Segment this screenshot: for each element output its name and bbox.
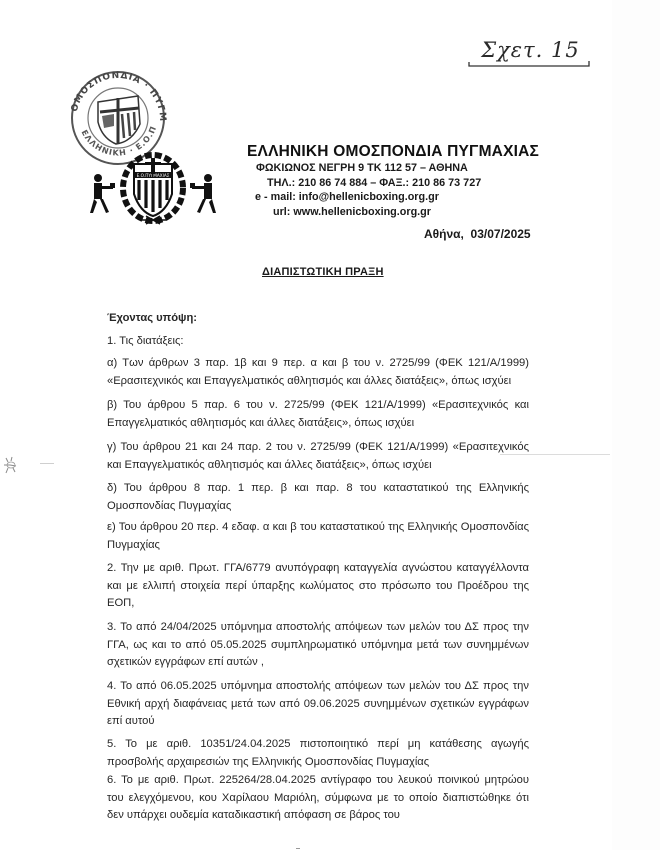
document-title: ΔΙΑΠΙΣΤΩΤΙΚΗ ΠΡΑΞΗ — [262, 266, 384, 278]
scan-margin — [612, 0, 660, 850]
scan-noise — [296, 848, 300, 849]
organization-name: ΕΛΛΗΝΙΚΗ ΟΜΟΣΠΟΝΔΙΑ ΠΥΓΜΑΧΙΑΣ — [247, 143, 547, 161]
document-date: Αθήνα, 03/07/2025 — [424, 227, 531, 241]
item-6: 6. Το με αριθ. Πρωτ. 225264/28.04.2025 α… — [107, 772, 529, 825]
intro-heading: Έχοντας υπόψη: — [107, 310, 526, 327]
provision-b: β) Του άρθρου 5 παρ. 6 του ν. 2725/99 (Φ… — [107, 397, 529, 432]
item-1-heading: 1. Τις διατάξεις: — [107, 333, 526, 350]
letterhead: ΕΛΛΗΝΙΚΗ ΟΜΟΣΠΟΝΔΙΑ ΠΥΓΜΑΧΙΑΣ ΦΩΚΙΩΝΟΣ Ν… — [247, 143, 547, 219]
item-5: 5. Το με αριθ. 10351/24.04.2025 πιστοποι… — [107, 736, 529, 771]
federation-emblem-icon: Ε.Ο.ΠΥΓΜΑΧΙΑΣ — [88, 150, 218, 226]
document-page: Σχετ. 15 ΟΜΟΣΠΟΝΔΙΑ · ΠΥΓΜΑΧΙΑΣ ΕΛΛΗΝΙΚΗ… — [0, 0, 613, 850]
organization-url: url: www.hellenicboxing.org.gr — [273, 205, 547, 220]
scan-artifact-icon — [2, 454, 20, 476]
organization-phone-fax: ΤΗΛ.: 210 86 74 884 – ΦΑΞ.: 210 86 73 72… — [267, 176, 547, 191]
item-2: 2. Την με αριθ. Πρωτ. ΓΓΑ/6779 ανυπόγραφ… — [107, 560, 529, 613]
handwritten-annotation: Σχετ. 15 — [463, 40, 598, 72]
scan-noise — [40, 463, 54, 464]
organization-email: e - mail: info@hellenicboxing.org.gr — [255, 190, 547, 205]
provision-c: γ) Του άρθρου 21 και 24 παρ. 2 του ν. 27… — [107, 439, 529, 474]
item-4: 4. Το από 06.05.2025 υπόμνημα αποστολής … — [107, 678, 529, 731]
annotation-text: Σχετ. 15 — [481, 38, 580, 62]
organization-address: ΦΩΚΙΩΝΟΣ ΝΕΓΡΗ 9 ΤΚ 112 57 – ΑΘΗΝΑ — [256, 161, 547, 176]
item-3: 3. Το από 24/04/2025 υπόμνημα αποστολής … — [107, 619, 529, 672]
provision-a: α) Των άρθρων 3 παρ. 1β και 9 περ. α και… — [107, 355, 529, 390]
provision-e: ε) Του άρθρου 20 περ. 4 εδαφ. α και β το… — [107, 519, 529, 554]
scan-noise — [500, 454, 610, 455]
provision-d: δ) Του άρθρου 8 παρ. 1 περ. β και παρ. 8… — [107, 480, 529, 515]
